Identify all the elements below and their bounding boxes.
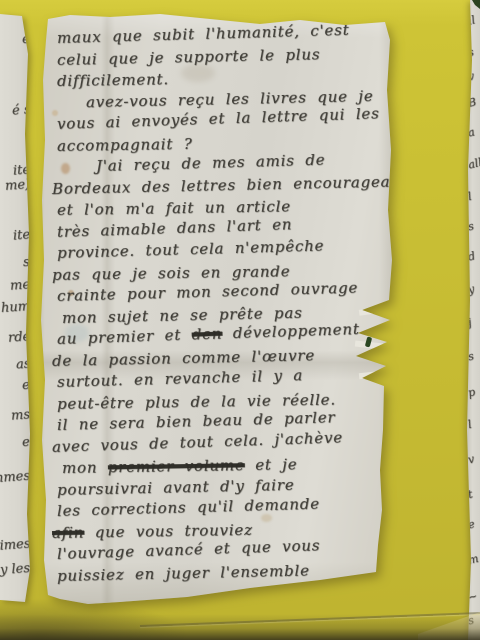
ink-fragment: y les [0,561,30,578]
handwriting-line: vous ai envoyés et la lettre qui les [57,103,380,134]
handwriting-text: au premier et [57,326,192,348]
handwriting-text: de la passion comme l'œuvre [52,346,315,370]
right-page-shadow: ilsvBaallivlsdyjsplvtem~s [0,0,480,640]
handwriting-line: celui que je supporte le plus [57,44,321,70]
ink-fragment: mmes [0,469,30,487]
main-letter-page: maux que subit l'humanité, c'estcelui qu… [33,12,395,606]
ink-fragment: a [467,125,477,139]
ink-fragment: m [467,552,480,567]
handwriting-text: mon sujet ne se prête pas [62,303,303,326]
ink-fragment: ~ [467,589,479,604]
handwriting-line: pas que je sois en grande [52,261,291,285]
handwriting-text: puissiez en juger l'ensemble [57,561,310,585]
ink-fragment: ytimes [0,537,30,555]
handwriting-text: accompagnait ? [57,134,193,154]
ink-fragment: t [24,20,30,35]
ink-fragment: é s [11,102,31,118]
handwriting-line: difficilement. [57,69,169,91]
ink-fragment: s [23,255,31,270]
photo-of-handwritten-letter: téé siteme)itesmehumrdeasemsemmesytimesy… [0,0,480,640]
handwriting-line: de la passion comme l'œuvre [52,345,315,371]
handwriting-text: Bordeaux des lettres bien encourageantes [52,171,426,197]
handwriting: maux que subit l'humanité, c'estcelui qu… [33,12,395,606]
handwriting-text: pas que je sois en grande [52,262,291,284]
handwriting-line: avez-vous reçu les livres que je [52,85,374,112]
ink-fragment: alliv [467,153,480,171]
page-stain [61,163,70,174]
handwriting-text: et je [244,455,297,474]
handwriting-line: très aimable dans l'art en [57,214,293,242]
handwriting-text: crainte pour mon second ouvrage [57,279,359,305]
handwriting-text: très aimable dans l'art en [57,215,293,241]
handwriting-line: mon sujet ne se prête pas [62,302,303,327]
handwriting-text: mon [62,458,108,477]
ink-fragment: s [467,220,476,234]
handwriting-line: crainte pour mon second ouvrage [57,278,359,306]
handwriting-text: poursuivrai avant d'y faire [57,475,295,498]
left-page-edge: téé siteme)itesmehumrdeasemsemmesytimesy… [0,14,32,604]
ink-fragment: p [467,385,477,399]
ink-fragment: as [15,357,30,373]
handwriting-text: peut-être plus de la vie réelle. [57,390,336,412]
handwriting-line: poursuivrai avant d'y faire [57,474,295,499]
ink-fragment: d [467,249,477,263]
handwriting-text: maux que subit l'humanité, c'est [57,21,350,47]
handwriting-line: afin que vous trouviez [52,519,253,542]
handwriting-line: province. tout cela n'empêche [57,236,325,263]
handwriting-line: avec vous de tout cela. j'achève [52,427,344,457]
ink-fragment: e [22,378,31,394]
handwriting-text: J'ai reçu de mes amis de [96,151,326,175]
ink-fragment: e [467,517,476,531]
ink-fragment: v [467,69,476,83]
handwriting-text: vous ai envoyés et la lettre qui les [57,104,380,133]
ink-fragment: me [9,277,30,293]
page-smudge [65,324,89,342]
page-smudge [181,64,215,82]
ink-fragment: ite [12,227,30,243]
left-page-shadow: téé siteme)itesmehumrdeasemsemmesytimesy… [0,0,480,640]
handwriting-line: les corrections qu'il demande [57,494,320,521]
handwriting-line: mon premier volume et je [62,454,298,478]
ink-fragment: s [467,350,476,364]
handwriting-text: que vous trouviez [84,520,253,541]
ink-fragment: v [467,452,476,466]
ink-fragment: j [466,316,472,329]
bottom-edge-shadow [0,614,480,640]
ink-fragment: y [467,282,476,296]
handwriting-text: avez-vous reçu les livres que je [86,86,374,110]
handwriting-text: il ne sera bien beau de parler [57,408,336,434]
handwriting-line: l'ouvrage avancé et que vous [57,535,321,564]
green-mark-top-right [472,0,480,10]
handwriting-text: les corrections qu'il demande [57,495,320,520]
handwriting-line: et l'on m'a fait un article [57,196,291,220]
handwriting-line: maux que subit l'humanité, c'est [57,20,350,48]
handwriting-line: J'ai reçu de mes amis de [62,150,326,177]
torn-edge-highlight [359,371,383,379]
ink-fragment: il [467,13,477,27]
handwriting-text: difficilement. [57,70,169,90]
ink-fragment: B [467,95,478,110]
handwriting-line: au premier et den développement [57,319,360,349]
struck-word: premier volume [108,456,245,476]
handwriting-text: développement [222,320,360,343]
handwriting-text: et l'on m'a fait un article [57,197,291,219]
ink-fragment: t [466,488,473,502]
struck-word: afin [52,523,84,542]
right-page-edge: ilsvBaallivlsdyjsplvtem~s [466,0,480,640]
ink-fragment: e [22,435,31,451]
ink-fragment: l [466,418,473,431]
struck-word: den [191,325,222,344]
handwriting-line: accompagnait ? [57,133,193,155]
handwriting-text: celui que je supporte le plus [57,45,321,69]
handwriting-text: l'ouvrage avancé et que vous [57,536,321,563]
green-mark-torn-edge [365,337,372,348]
ink-fragment: ite [12,162,30,178]
handwriting-text: avec vous de tout cela. j'achève [52,428,343,456]
page-stain [261,514,272,522]
handwriting-text: surtout. en revanche il y a [57,366,304,391]
ink-fragment: s [467,46,476,60]
page-stain [52,110,58,116]
ink-fragment: l [466,190,473,203]
main-page-shadow: maux que subit l'humanité, c'estcelui qu… [0,0,480,640]
handwriting-line: peut-être plus de la vie réelle. [57,389,336,413]
ink-fragment: hum [0,299,30,316]
ink-fragment: rde [7,329,30,346]
ink-fragment: ms [10,407,30,423]
handwriting-text: province. tout cela n'empêche [57,237,325,262]
handwriting-line: puissiez en juger l'ensemble [57,560,310,586]
handwriting-line: surtout. en revanche il y a [57,365,304,392]
ink-fragment: é [22,32,31,48]
handwriting-line: il ne sera bien beau de parler [57,407,336,435]
handwriting-line: Bordeaux des lettres bien encourageantes [52,170,426,198]
ink-fragment: me) [4,177,30,194]
page-stain [68,290,74,296]
torn-edge-highlight [359,306,386,316]
